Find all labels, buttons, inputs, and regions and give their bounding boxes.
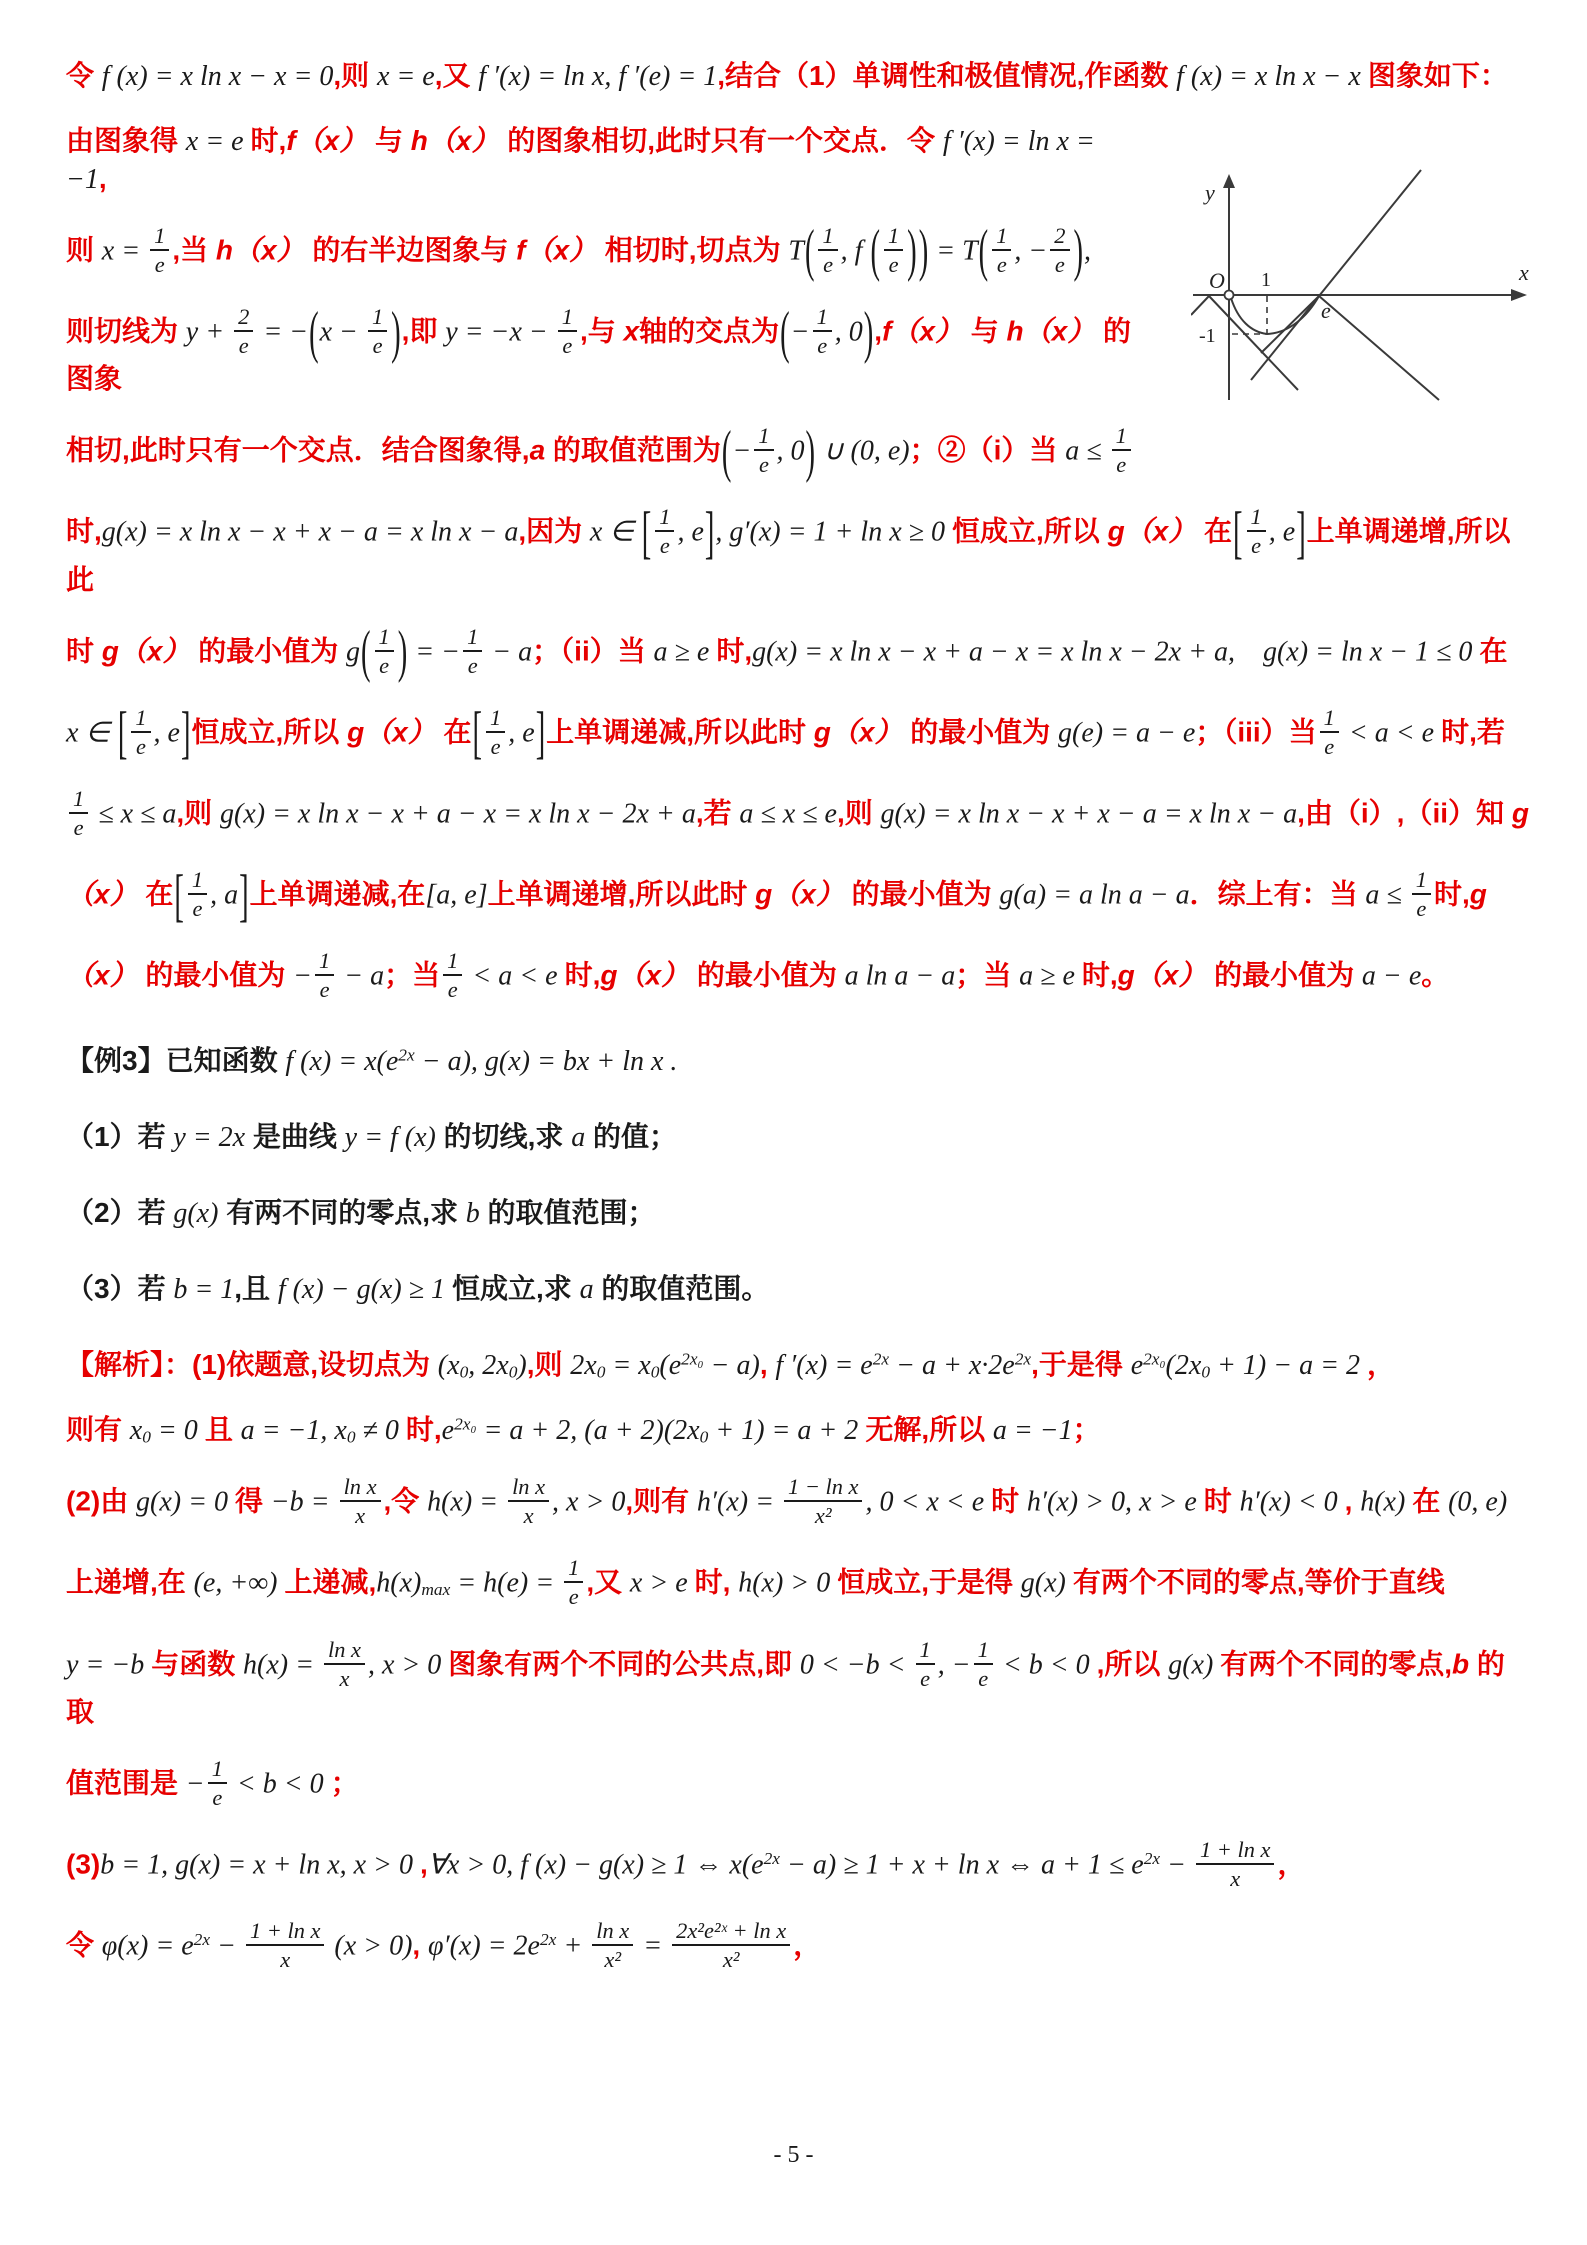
math-text: g(x) [1021, 1568, 1073, 1599]
red-text: 与函数 [151, 1648, 243, 1679]
big-bracket: ) [919, 215, 929, 292]
math-text: x [130, 1415, 142, 1446]
red-text: 得 [235, 1486, 271, 1517]
fraction: 1e [443, 948, 462, 1002]
red-text: 在 [436, 716, 472, 747]
red-italic-text: a [530, 435, 546, 466]
fraction: 1 + ln xx [1196, 1837, 1274, 1891]
fraction: 1e [131, 705, 150, 759]
math-text: φ(x) = e [102, 1931, 194, 1962]
math-text: , e [508, 717, 534, 748]
analysis-line-06: 值范围是 −1e < b < 0 ； [66, 1759, 1531, 1813]
big-bracket: [ [1233, 496, 1243, 573]
math-text: g [346, 636, 360, 667]
math-text: f (x) = x ln x − x [1176, 61, 1368, 92]
math-text: h(x) = [427, 1487, 505, 1518]
red-text: 则 [66, 234, 102, 265]
math-superscript: 2x [1144, 1849, 1160, 1868]
math-text: f ′(x) = e [775, 1350, 872, 1381]
graph-canvas: y x O 1 e -1 [1191, 168, 1543, 406]
red-italic-text: h（x） [411, 125, 500, 156]
fraction-numerator: 1 [368, 304, 387, 332]
math-text: (x [438, 1350, 460, 1381]
red-text: , [420, 1848, 428, 1879]
math-text: = x [605, 1350, 650, 1381]
tick-neg1-label: -1 [1199, 325, 1216, 347]
red-text: ,则 [837, 797, 881, 828]
red-italic-text: f（x） [286, 125, 367, 156]
red-italic-text: g（x） [755, 879, 844, 910]
fraction: 1 + ln xx [246, 1918, 324, 1972]
math-superscript: 2x [194, 1930, 210, 1949]
solution-line-05: 相切,此时只有一个交点．结合图象得,a 的取值范围为(−1e, 0) ∪ (0,… [66, 426, 1531, 480]
math-text: x > e [630, 1568, 695, 1599]
fraction-numerator: 1 [1247, 504, 1266, 532]
fraction-numerator: 1 [1412, 867, 1431, 895]
fraction-denominator: x [1230, 1865, 1240, 1891]
math-superscript: 2x [540, 1930, 556, 1949]
red-italic-text: g（x） [814, 716, 903, 747]
black-text: 的值； [585, 1121, 677, 1152]
h-curve-right-branch [1261, 296, 1439, 400]
math-text: , e [1269, 517, 1295, 548]
page-number: - 5 - [0, 2142, 1587, 2169]
fraction: ln xx [324, 1637, 365, 1691]
fraction-denominator: x [355, 1502, 365, 1528]
big-bracket: ) [1074, 215, 1084, 292]
math-text: h′(x) > 0, x > e [1027, 1487, 1204, 1518]
red-italic-text: g（x） [1118, 960, 1207, 991]
y-axis-arrow [1223, 174, 1235, 188]
red-text: , [412, 1930, 428, 1961]
red-text: ；当 [384, 960, 440, 991]
fraction-denominator: x [280, 1946, 290, 1972]
origin-label: O [1209, 268, 1225, 293]
f-curve [1231, 296, 1319, 334]
math-text: − [186, 1768, 205, 1799]
fraction: ln xx² [592, 1918, 633, 1972]
fraction-numerator: 1 [486, 705, 505, 733]
fraction: 1e [375, 624, 394, 678]
math-text: g(x) = x ln x − x + a − x = x ln x − 2x … [220, 798, 696, 829]
math-text: − [732, 436, 751, 467]
math-text: − a [337, 961, 384, 992]
big-bracket: ) [391, 296, 401, 373]
red-italic-text: h（x） [1007, 316, 1096, 347]
fraction: 1e [884, 223, 903, 277]
red-text: 的右半边图象与 [305, 234, 517, 265]
black-text: 是曲线 [245, 1121, 345, 1152]
fraction-denominator: x [339, 1665, 349, 1691]
math-text: , x > 0 [552, 1487, 625, 1518]
red-text: ； [1073, 1414, 1101, 1445]
math-subscript: 0 [460, 1363, 469, 1382]
math-text: g(x) [173, 1198, 218, 1229]
math-text: y = 2x [173, 1122, 245, 1153]
example-3-question-1: （1）若 y = 2x 是曲线 y = f (x) 的切线,求 a 的值； [66, 1119, 1531, 1157]
fraction: 1e [564, 1555, 583, 1609]
big-bracket: ( [780, 296, 790, 373]
red-text: ,则 [176, 797, 220, 828]
math-text: x ∈ [590, 517, 641, 548]
math-text: a ≤ [1065, 436, 1108, 467]
red-text: 的最小值为 [844, 879, 1000, 910]
red-text: 图象如下： [1368, 60, 1508, 91]
math-text: φ′(x) = 2e [428, 1931, 540, 1962]
analysis-line-03: (2)由 g(x) = 0 得 −b = ln xx,令 h(x) = ln x… [66, 1477, 1531, 1531]
fraction-denominator: e [491, 733, 501, 759]
fraction-numerator: ln x [592, 1918, 633, 1946]
math-text: = − [408, 636, 460, 667]
big-bracket: ] [1296, 496, 1306, 573]
red-text: 时, [1082, 960, 1118, 991]
tick-e-label: e [1321, 298, 1331, 323]
fraction-denominator: e [448, 976, 458, 1002]
red-text: ,即 [402, 316, 446, 347]
example-3-heading: 【例3】已知函数 f (x) = x(e2x − a), g(x) = bx +… [66, 1043, 1531, 1081]
fraction-denominator: e [136, 733, 146, 759]
math-superscript: 2x₀ [454, 1415, 476, 1434]
math-text: − [1160, 1849, 1193, 1880]
fraction-denominator: e [823, 251, 833, 277]
math-text: f (x) = x ln x − x = 0 [102, 61, 334, 92]
red-text: ,与 [580, 316, 624, 347]
math-text: a = −1, x [241, 1415, 347, 1446]
analysis-line-04: 上递增,在 (e, +∞) 上递减,h(x)max = h(e) = 1e,又 … [66, 1558, 1531, 1612]
math-text: f (x) − g(x) ≥ 1 [278, 1274, 452, 1305]
red-text: ,结合（1）单调性和极值情况,作函数 [717, 60, 1176, 91]
fraction-denominator: e [193, 895, 203, 921]
red-text: 上递增,在 [66, 1567, 194, 1598]
math-text: (2x [1166, 1350, 1202, 1381]
math-text: , [1084, 235, 1091, 266]
math-text: = [636, 1931, 669, 1962]
math-text: a = −1 [993, 1415, 1073, 1446]
math-text: , 0 [777, 436, 805, 467]
red-italic-text: （x） [66, 879, 138, 910]
fraction-denominator: e [997, 251, 1007, 277]
analysis-line-07: (3)b = 1, g(x) = x + ln x, x > 0 ,∀x > 0… [66, 1840, 1531, 1894]
math-text: x = e [186, 126, 251, 157]
red-text: , [1345, 1486, 1361, 1517]
math-text: < a < e [465, 961, 564, 992]
tangent-line [1251, 170, 1421, 380]
red-text: 由图象得 [66, 125, 186, 156]
solution-line-06: 时,g(x) = x ln x − x + x − a = x ln x − a… [66, 507, 1531, 599]
solution-line-08: x ∈ [1e, e]恒成立,所以 g（x） 在[1e, e]上单调递减,所以此… [66, 708, 1531, 762]
red-text: ； [331, 1767, 359, 1798]
math-text: b = 1 [173, 1274, 234, 1305]
fraction-numerator: 1 [813, 304, 832, 332]
math-text: g(x) = 0 [136, 1487, 235, 1518]
red-italic-text: （x） [66, 960, 138, 991]
fraction: 1 − ln xx² [784, 1474, 862, 1528]
red-italic-text: b [1452, 1648, 1469, 1679]
y-axis-label: y [1203, 180, 1215, 205]
red-italic-text: f（x） [882, 316, 963, 347]
math-text: x = e [377, 61, 435, 92]
math-text: 0 < −b < [800, 1649, 913, 1680]
fraction-denominator: e [212, 1784, 222, 1810]
big-bracket: [ [118, 696, 128, 773]
analysis-line-08: 令 φ(x) = e2x − 1 + ln xx (x > 0), φ′(x) … [66, 1921, 1531, 1975]
fraction-denominator: x² [604, 1946, 621, 1972]
fraction: 1e [992, 223, 1011, 277]
fraction-denominator: e [569, 1583, 579, 1609]
math-text: − a + x·2e [889, 1350, 1015, 1381]
fraction: 1e [1412, 867, 1431, 921]
example-3-question-2: （2）若 g(x) 有两不同的零点,求 b 的取值范围； [66, 1195, 1531, 1233]
math-text: < b < 0 [230, 1768, 331, 1799]
analysis-line-02: 则有 x0 = 0 且 a = −1, x0 ≠ 0 时,e2x₀ = a + … [66, 1412, 1531, 1450]
math-text: x − [320, 317, 365, 348]
math-text: = 0 [151, 1415, 205, 1446]
fraction-numerator: ln x [324, 1637, 365, 1665]
red-text: ；（ii）当 [532, 635, 653, 666]
big-bracket: ( [722, 415, 732, 492]
red-italic-text: g（x） [347, 716, 436, 747]
math-text: ) [517, 1350, 526, 1381]
red-italic-text: x [624, 316, 640, 347]
math-text: g(x) = x ln x − x + x − a = x ln x − a [102, 517, 519, 548]
x-axis-arrow [1511, 289, 1527, 301]
red-italic-text: g [1512, 797, 1529, 828]
red-text: ， [1277, 1848, 1305, 1879]
fraction-denominator: e [1416, 895, 1426, 921]
red-text: 时, [406, 1414, 442, 1445]
red-text: 与 [963, 316, 1007, 347]
fraction-numerator: 1 − ln x [784, 1474, 862, 1502]
origin-open-circle [1225, 291, 1234, 300]
fraction-numerator: 1 [150, 223, 169, 251]
fraction-numerator: 1 [131, 705, 150, 733]
fraction: 1e [754, 423, 773, 477]
red-text: ,令 [384, 1486, 428, 1517]
fraction-numerator: 1 [655, 504, 674, 532]
math-text: , e [154, 717, 180, 748]
big-bracket: ) [864, 296, 874, 373]
math-subscript: 0 [1201, 1363, 1210, 1382]
fraction-denominator: e [468, 652, 478, 678]
fraction: 1e [974, 1637, 993, 1691]
fraction-denominator: e [817, 332, 827, 358]
fraction: 2e [234, 304, 253, 358]
big-bracket: ] [705, 496, 715, 573]
fraction-denominator: e [978, 1665, 988, 1691]
red-text: 上递减, [285, 1567, 377, 1598]
math-subscript: 0 [700, 1428, 709, 1447]
black-bold-text: 【例3】 [66, 1045, 166, 1076]
math-text: ≤ x ≤ a [91, 798, 176, 829]
red-text: 时, [716, 635, 752, 666]
math-superscript: 2x [398, 1046, 414, 1065]
fraction-numerator: 2 [234, 304, 253, 332]
black-text: 的切线,求 [436, 1121, 571, 1152]
black-text: （1）若 [66, 1121, 173, 1152]
red-text: (2)由 [66, 1486, 136, 1517]
red-text: ,于是得 [1031, 1349, 1131, 1380]
black-text: 已知函数 [166, 1045, 286, 1076]
math-text: y = −b [66, 1649, 151, 1680]
fraction-denominator: e [74, 814, 84, 840]
red-text: (3) [66, 1848, 100, 1879]
red-text: 时, [1434, 879, 1470, 910]
math-text: g(x) = x ln x − x + a − x = x ln x − 2x … [752, 636, 1479, 667]
red-text: 相切,此时只有一个交点．结合图象得, [66, 435, 530, 466]
fraction-numerator: ln x [508, 1474, 549, 1502]
math-text: (0, e) [1448, 1487, 1507, 1518]
fraction-denominator: e [562, 332, 572, 358]
math-text: h(x) > 0 [738, 1568, 837, 1599]
red-text: ,由（i）,（ii）知 [1297, 797, 1512, 828]
fraction: 2e [1050, 223, 1069, 277]
fraction-numerator: 1 [818, 223, 837, 251]
math-subscript: 0 [142, 1428, 151, 1447]
math-text: [a, e] [425, 880, 487, 911]
math-text: b = 1, g(x) = x + ln x, x > 0 [100, 1849, 420, 1880]
math-text: − a) ≥ 1 + x + ln x ⇔ a + 1 ≤ e [780, 1849, 1144, 1880]
math-superscript: 2x₀ [1143, 1350, 1165, 1369]
fraction-denominator: e [320, 976, 330, 1002]
x-axis-label: x [1518, 260, 1529, 285]
tick-1-label: 1 [1261, 269, 1271, 291]
solution-line-10: （x） 在[1e, a]上单调递减,在[a, e]上单调递增,所以此时 g（x）… [66, 870, 1531, 924]
red-text: 在 [1412, 1486, 1448, 1517]
math-text: (e, +∞) [194, 1568, 285, 1599]
fraction-numerator: 1 [974, 1637, 993, 1665]
math-text: f ′(x) = ln x, f ′(e) = 1 [478, 61, 717, 92]
math-text: ∀x > 0, f (x) − g(x) ≥ 1 ⇔ x(e [428, 1849, 764, 1880]
math-text: − [791, 317, 810, 348]
red-text: ,当 [172, 234, 216, 265]
red-italic-text: g（x） [102, 635, 191, 666]
math-text: a ln a − a [845, 961, 956, 992]
fraction-denominator: e [660, 532, 670, 558]
math-text: −b = [271, 1487, 337, 1518]
red-text: 恒成立,于是得 [837, 1567, 1021, 1598]
red-italic-text: g（x） [1108, 516, 1197, 547]
black-text: ,且 [234, 1273, 278, 1304]
math-text: − [210, 1931, 243, 1962]
math-subscript: 0 [347, 1428, 356, 1447]
math-text: x ∈ [66, 717, 117, 748]
math-text: h(x) [1360, 1487, 1412, 1518]
fraction-denominator: e [759, 451, 769, 477]
math-text: a ≤ x ≤ e [739, 798, 837, 829]
big-bracket: ) [398, 615, 408, 692]
solution-line-11: （x） 的最小值为 −1e − a；当1e < a < e 时,g（x） 的最小… [66, 951, 1531, 1005]
fraction: 1e [818, 223, 837, 277]
math-text: + 1) = a + 2 [708, 1415, 865, 1446]
big-bracket: ( [361, 615, 371, 692]
red-text: 恒成立,所以 [952, 516, 1108, 547]
solution-line-07: 时 g（x） 的最小值为 g(1e) = −1e − a；（ii）当 a ≥ e… [66, 627, 1531, 681]
fraction-numerator: 1 [754, 423, 773, 451]
big-bracket: ( [979, 215, 989, 292]
math-text: ∪ (0, e) [816, 436, 910, 467]
fraction: 1e [368, 304, 387, 358]
big-bracket: ( [870, 215, 880, 292]
red-text: 时 [1204, 1486, 1240, 1517]
fraction-denominator: e [1324, 733, 1334, 759]
red-text: 的最小值为 [689, 960, 845, 991]
fraction: 1e [315, 948, 334, 1002]
red-text: 且 [205, 1414, 241, 1445]
red-text: 在 [1196, 516, 1232, 547]
red-text: 则有 [66, 1414, 130, 1445]
fraction-numerator: 1 [69, 786, 88, 814]
math-superscript: 2x₀ [681, 1350, 703, 1369]
fraction: 1e [916, 1637, 935, 1691]
math-superscript: 2x [764, 1849, 780, 1868]
math-text: < b < 0 [996, 1649, 1097, 1680]
math-text: − a), g(x) = bx + ln x . [415, 1046, 678, 1077]
red-text: 有两个不同的零点, [1220, 1648, 1452, 1679]
math-superscript: 2x [873, 1350, 889, 1369]
red-text: 恒成立,所以 [192, 716, 348, 747]
red-text: 时 [991, 1486, 1027, 1517]
fraction-denominator: x² [723, 1946, 740, 1972]
math-text: y = f (x) [345, 1122, 436, 1153]
math-text: x = [102, 235, 147, 266]
red-text: 时, [695, 1567, 739, 1598]
fraction: 1e [1112, 423, 1131, 477]
fraction-numerator: 1 [208, 1756, 227, 1784]
solution-line-09: 1e ≤ x ≤ a,则 g(x) = x ln x − x + a − x =… [66, 789, 1531, 843]
math-text: , f [841, 235, 870, 266]
big-bracket: ) [907, 215, 917, 292]
function-graph: y x O 1 e -1 [1191, 168, 1543, 406]
fraction-numerator: 1 [1112, 423, 1131, 451]
red-text: , [99, 163, 107, 194]
red-text: 上单调递减,所以此时 [546, 716, 814, 747]
math-text: h′(x) < 0 [1240, 1487, 1345, 1518]
big-bracket: ( [309, 296, 319, 373]
red-text: 。 [1421, 960, 1449, 991]
red-text: 时 [66, 635, 102, 666]
fraction-numerator: 2x²e²ˣ + ln x [672, 1918, 790, 1946]
fraction-numerator: 1 + ln x [246, 1918, 324, 1946]
red-text: ,所以 [1097, 1648, 1169, 1679]
red-text: 在 [138, 879, 174, 910]
red-text: 值范围是 [66, 1767, 186, 1798]
red-text: ；当 [955, 960, 1019, 991]
red-text: 上单调递增,所以此时 [488, 879, 756, 910]
red-text: (1)依题意,设切点为 [192, 1349, 438, 1380]
big-bracket: ] [536, 696, 546, 773]
big-bracket: ] [239, 859, 249, 936]
big-bracket: ( [805, 215, 815, 292]
red-bold-text: 【解析】： [66, 1349, 192, 1380]
red-text: ,则 [527, 1349, 571, 1380]
math-text: , 0 [835, 317, 863, 348]
red-text: ,则 [333, 60, 377, 91]
red-text: 的最小值为 [902, 716, 1058, 747]
fraction: 1e [463, 624, 482, 678]
math-text: h′(x) = [697, 1487, 781, 1518]
fraction-numerator: 1 [564, 1555, 583, 1583]
fraction-denominator: e [1055, 251, 1065, 277]
math-text: h(x) = [243, 1649, 321, 1680]
example-3-question-3: （3）若 b = 1,且 f (x) − g(x) ≥ 1 恒成立,求 a 的取… [66, 1271, 1531, 1309]
math-text: + [556, 1931, 589, 1962]
red-italic-text: h（x） [216, 234, 305, 265]
fraction: 1e [188, 867, 207, 921]
math-text: a − e [1362, 961, 1421, 992]
fraction-denominator: e [379, 652, 389, 678]
red-text: 时, [66, 516, 102, 547]
fraction-numerator: 2 [1050, 223, 1069, 251]
